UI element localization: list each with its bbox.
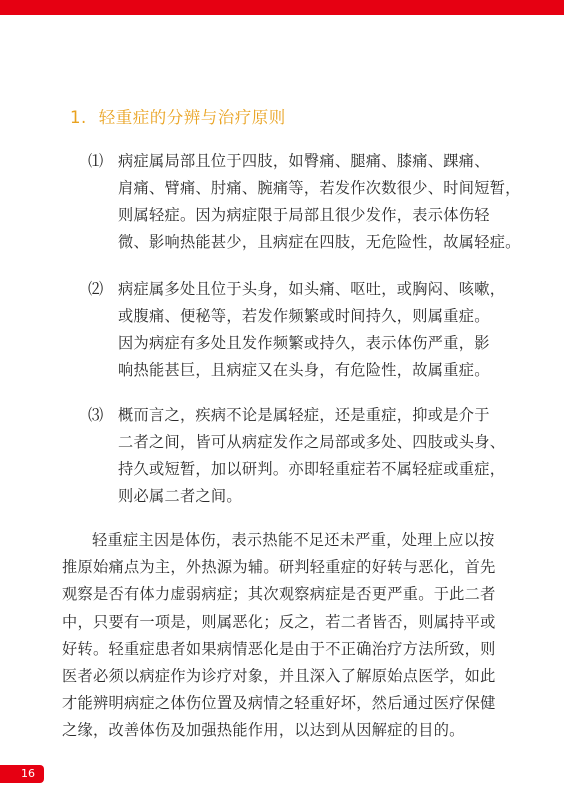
text-line: 病症属多处且位于头身，如头痛、呕吐，或胸闷、咳嗽， xyxy=(118,276,518,303)
list-item-3: ⑶ 概而言之，疾病不论是属轻症，还是重症，抑或是介于 二者之间，皆可从病症发作之… xyxy=(88,402,518,510)
text-line: 概而言之，疾病不论是属轻症，还是重症，抑或是介于 xyxy=(118,402,518,429)
text-line: 轻重症主因是体伤，表示热能不足还未严重，处理上应以按 xyxy=(62,527,522,554)
text-line: 之缘，改善体伤及加强热能作用，以达到从因解症的目的。 xyxy=(62,717,522,744)
text-line: 好转。轻重症患者如果病情恶化是由于不正确治疗方法所致，则 xyxy=(62,636,522,663)
list-item-1: ⑴ 病症属局部且位于四肢，如臀痛、腿痛、膝痛、踝痛、 肩痛、臂痛、肘痛、腕痛等，… xyxy=(88,148,518,256)
text-line: 肩痛、臂痛、肘痛、腕痛等，若发作次数很少、时间短暂， xyxy=(118,175,518,202)
text-line: 观察是否有体力虚弱病症；其次观察病症是否更严重。于此二者 xyxy=(62,581,522,608)
text-line: 推原始痛点为主，外热源为辅。研判轻重症的好转与恶化，首先 xyxy=(62,554,522,581)
text-line: 医者必须以病症作为诊疗对象，并且深入了解原始点医学，如此 xyxy=(62,663,522,690)
text-line: 响热能甚巨，且病症又在头身，有危险性，故属重症。 xyxy=(118,357,518,384)
text-line: 病症属局部且位于四肢，如臀痛、腿痛、膝痛、踝痛、 xyxy=(118,148,518,175)
section-title: 轻重症的分辨与治疗原则 xyxy=(99,108,286,127)
page-number-tab: 16 xyxy=(0,765,44,783)
text-line: 持久或短暂，加以研判。亦即轻重症若不属轻症或重症， xyxy=(118,456,518,483)
text-line: 则属轻症。因为病症限于局部且很少发作，表示体伤轻 xyxy=(118,202,518,229)
text-line: 或腹痛、便秘等，若发作频繁或时间持久，则属重症。 xyxy=(118,303,518,330)
list-marker: ⑴ xyxy=(88,148,110,175)
list-marker: ⑶ xyxy=(88,402,110,429)
top-accent-bar xyxy=(0,0,564,15)
text-line: 微、影响热能甚少，且病症在四肢，无危险性，故属轻症。 xyxy=(118,229,518,256)
body-paragraph: 轻重症主因是体伤，表示热能不足还未严重，处理上应以按 推原始痛点为主，外热源为辅… xyxy=(62,527,522,745)
list-item-2: ⑵ 病症属多处且位于头身，如头痛、呕吐，或胸闷、咳嗽， 或腹痛、便秘等，若发作频… xyxy=(88,276,518,384)
text-line: 才能辨明病症之体伤位置及病情之轻重好坏，然后通过医疗保健 xyxy=(62,690,522,717)
section-number: 1. xyxy=(70,108,87,127)
text-line: 中，只要有一项是，则属恶化；反之，若二者皆否，则属持平或 xyxy=(62,609,522,636)
text-line: 二者之间，皆可从病症发作之局部或多处、四肢或头身、 xyxy=(118,429,518,456)
section-heading: 1.轻重症的分辨与治疗原则 xyxy=(70,104,286,128)
list-marker: ⑵ xyxy=(88,276,110,303)
page-number: 16 xyxy=(21,765,35,783)
text-line: 则必属二者之间。 xyxy=(118,483,518,510)
text-line: 因为病症有多处且发作频繁或持久，表示体伤严重，影 xyxy=(118,330,518,357)
